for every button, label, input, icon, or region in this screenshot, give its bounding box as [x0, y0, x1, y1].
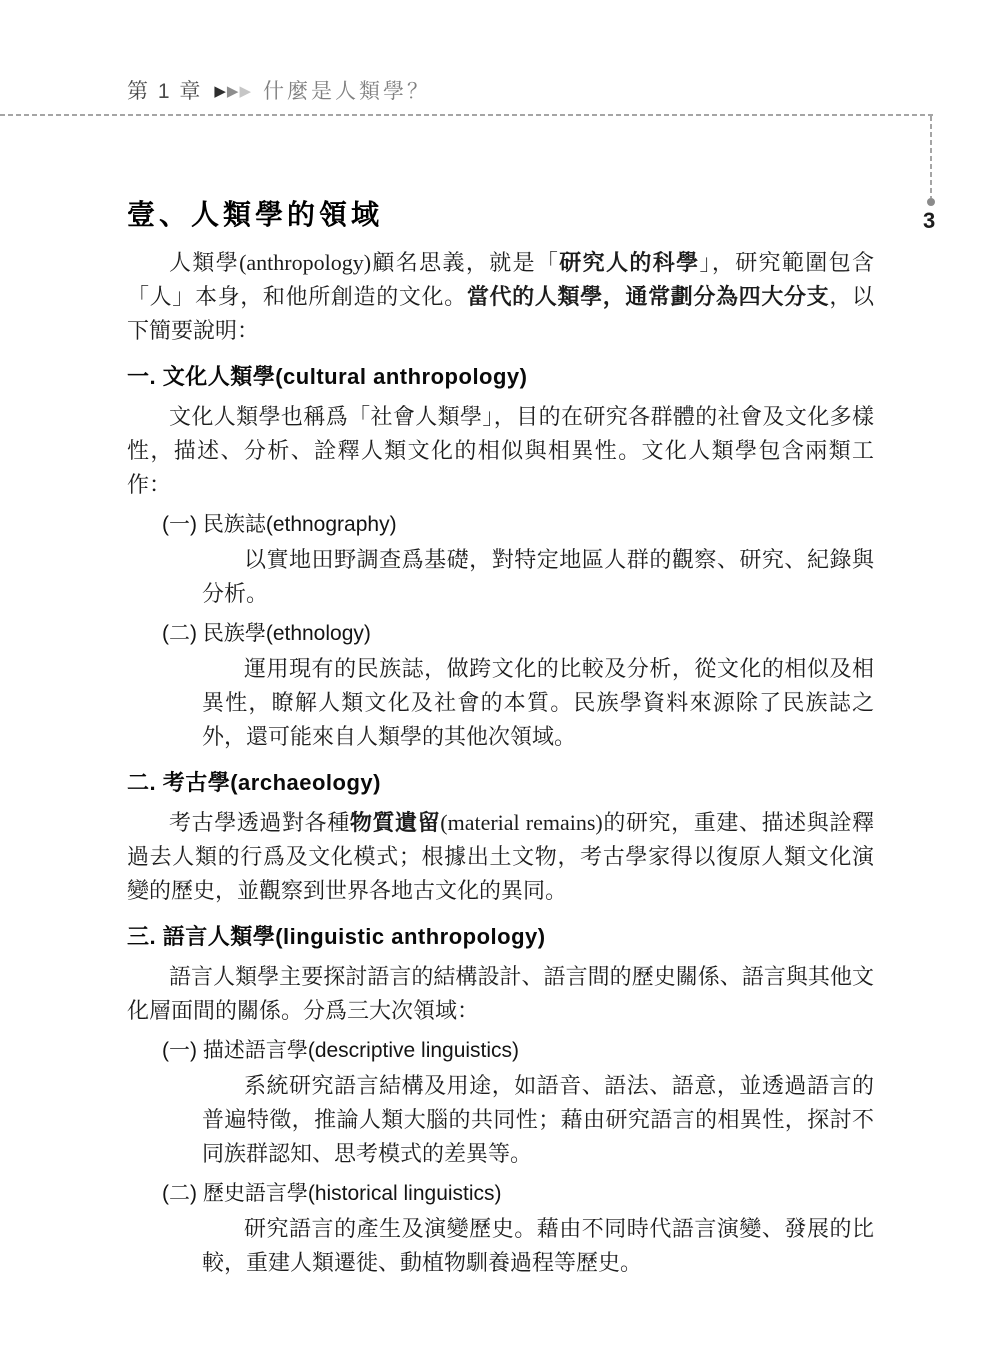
- arrow-right-icon: ▶: [227, 79, 239, 105]
- section-body-linguistic-anthropology: 語言人類學主要探討語言的結構設計、語言間的歷史關係、語言與其他文化層面間的關係。…: [127, 960, 874, 1028]
- chapter-arrows: ▶ ▶ ▶: [214, 79, 251, 105]
- subsection-body-historical-linguistics: 研究語言的產生及演變歷史。藉由不同時代語言演變、發展的比較，重建人類遷徙、動植物…: [202, 1212, 874, 1280]
- section-body-cultural-anthropology: 文化人類學也稱爲「社會人類學」，目的在研究各群體的社會及文化多樣性，描述、分析、…: [127, 400, 874, 502]
- book-page: 第 1 章 ▶ ▶ ▶ 什麼是人類學？ 3 壹、人類學的領域 人類學(anthr…: [0, 0, 1000, 1353]
- subsection-heading-ethnology: (二) 民族學(ethnology): [162, 620, 874, 648]
- chapter-number-label: 第 1 章: [127, 79, 202, 105]
- subsection-body-ethnology: 運用現有的民族誌，做跨文化的比較及分析，從文化的相似及相異性，瞭解人類文化及社會…: [202, 652, 874, 754]
- section-body-archaeology: 考古學透過對各種物質遺留(material remains)的研究，重建、描述與…: [127, 806, 874, 908]
- main-section-title: 壹、人類學的領域: [127, 198, 874, 234]
- chapter-header: 第 1 章 ▶ ▶ ▶ 什麼是人類學？: [127, 79, 431, 105]
- top-dashed-border: [0, 114, 933, 116]
- page-content: 壹、人類學的領域 人類學(anthropology)顧名思義，就是「研究人的科學…: [127, 198, 874, 1280]
- subsection-heading-historical-linguistics: (二) 歷史語言學(historical linguistics): [162, 1180, 874, 1208]
- subsection-heading-descriptive-linguistics: (一) 描述語言學(descriptive linguistics): [162, 1037, 874, 1065]
- arrow-right-icon: ▶: [214, 79, 226, 105]
- chapter-title: 什麼是人類學？: [263, 79, 431, 105]
- page-number: 3: [923, 208, 935, 234]
- subsection-heading-ethnography: (一) 民族誌(ethnography): [162, 511, 874, 539]
- subsection-body-ethnography: 以實地田野調查爲基礎，對特定地區人群的觀察、研究、紀錄與分析。: [202, 543, 874, 611]
- intro-paragraph: 人類學(anthropology)顧名思義，就是「研究人的科學」，研究範圍包含「…: [127, 246, 874, 348]
- border-end-dot: [927, 198, 935, 206]
- right-dashed-border: [930, 116, 932, 198]
- section-heading-cultural-anthropology: 一. 文化人類學(cultural anthropology): [127, 362, 874, 392]
- section-heading-archaeology: 二. 考古學(archaeology): [127, 768, 874, 798]
- subsection-body-descriptive-linguistics: 系統研究語言結構及用途，如語音、語法、語意，並透過語言的普遍特徵，推論人類大腦的…: [202, 1069, 874, 1171]
- arrow-right-icon: ▶: [239, 79, 251, 105]
- section-heading-linguistic-anthropology: 三. 語言人類學(linguistic anthropology): [127, 922, 874, 952]
